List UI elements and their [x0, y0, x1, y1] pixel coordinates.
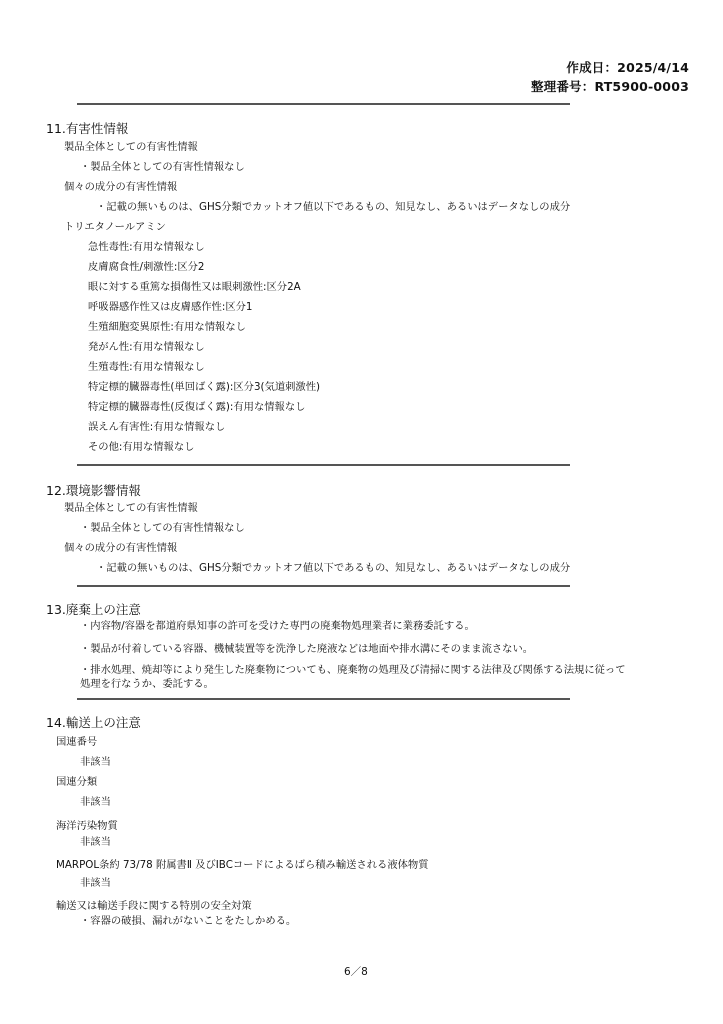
disposal-item-wash-water: ・製品が付着している容器、機械装置等を洗浄した廃液などは地面や排水溝にそのまま流…: [80, 640, 533, 655]
un-number-heading: 国連番号: [56, 733, 97, 748]
s11-component-hazard-heading: 個々の成分の有害性情報: [64, 178, 177, 193]
s12-component-hazard-heading: 個々の成分の有害性情報: [64, 539, 177, 554]
un-number-value: 非該当: [80, 753, 111, 768]
section-divider: [77, 585, 570, 587]
hazard-item-acute-toxicity: 急性毒性:有用な情報なし: [88, 238, 205, 253]
hazard-item-reproductive-toxicity: 生殖毒性:有用な情報なし: [88, 358, 205, 373]
section-13-title: 13.廃棄上の注意: [46, 600, 141, 618]
s12-product-hazard-heading: 製品全体としての有害性情報: [64, 499, 198, 514]
marpol-value: 非該当: [80, 874, 111, 889]
marine-pollutant-value: 非該当: [80, 833, 111, 848]
hazard-item-stot-repeated: 特定標的臓器毒性(反復ばく露):有用な情報なし: [88, 398, 305, 413]
hazard-item-sensitization: 呼吸器感作性又は皮膚感作性:区分1: [88, 298, 252, 313]
s11-component-hazard-note: ・記載の無いものは、GHS分類でカットオフ値以下であるもの、知見なし、あるいはデ…: [96, 198, 570, 213]
hazard-item-aspiration: 誤えん有害性:有用な情報なし: [88, 418, 225, 433]
created-date: 作成日：2025/4/14: [566, 58, 689, 76]
s12-component-hazard-note: ・記載の無いものは、GHS分類でカットオフ値以下であるもの、知見なし、あるいはデ…: [96, 559, 570, 574]
un-class-heading: 国連分類: [56, 773, 97, 788]
special-precautions-heading: 輸送又は輸送手段に関する特別の安全対策: [56, 897, 252, 912]
special-precautions-value: ・容器の破損、漏れがないことをたしかめる。: [80, 912, 296, 927]
section-divider: [77, 464, 570, 466]
disposal-item-waste-law: ・排水処理、焼却等により発生した廃棄物についても、廃棄物の処理及び清掃に関する法…: [80, 661, 626, 676]
s11-product-hazard-value: ・製品全体としての有害性情報なし: [80, 158, 245, 173]
marine-pollutant-heading: 海洋汚染物質: [56, 817, 118, 832]
marpol-heading: MARPOL条約 73/78 附属書Ⅱ 及びIBCコードによるばら積み輸送される…: [56, 856, 429, 871]
hazard-item-other: その他:有用な情報なし: [88, 438, 194, 453]
s11-product-hazard-heading: 製品全体としての有害性情報: [64, 138, 198, 153]
page-indicator: 6／8: [344, 964, 368, 979]
disposal-item-waste-law-cont: 処理を行なうか、委託する。: [80, 675, 214, 690]
section-divider: [77, 698, 570, 700]
hazard-item-eye-damage: 眼に対する重篤な損傷性又は眼刺激性:区分2A: [88, 278, 301, 293]
un-class-value: 非該当: [80, 793, 111, 808]
substance-name: トリエタノールアミン: [64, 218, 166, 233]
hazard-item-germ-cell-mutagenicity: 生殖細胞変異原性:有用な情報なし: [88, 318, 246, 333]
sds-page: 作成日：2025/4/14 整理番号：RT5900-0003 11.有害性情報 …: [0, 0, 723, 1024]
section-divider: [77, 103, 570, 105]
s12-product-hazard-value: ・製品全体としての有害性情報なし: [80, 519, 245, 534]
hazard-item-carcinogenicity: 発がん性:有用な情報なし: [88, 338, 205, 353]
hazard-item-stot-single: 特定標的臓器毒性(単回ばく露):区分3(気道刺激性): [88, 378, 320, 393]
disposal-item-contractor: ・内容物/容器を都道府県知事の許可を受けた専門の廃棄物処理業者に業務委託する。: [80, 617, 475, 632]
hazard-item-skin-corrosion: 皮膚腐食性/刺激性:区分2: [88, 258, 204, 273]
reference-number: 整理番号：RT5900-0003: [531, 77, 689, 95]
section-11-title: 11.有害性情報: [46, 119, 128, 137]
section-12-title: 12.環境影響情報: [46, 481, 141, 499]
section-14-title: 14.輸送上の注意: [46, 713, 141, 731]
